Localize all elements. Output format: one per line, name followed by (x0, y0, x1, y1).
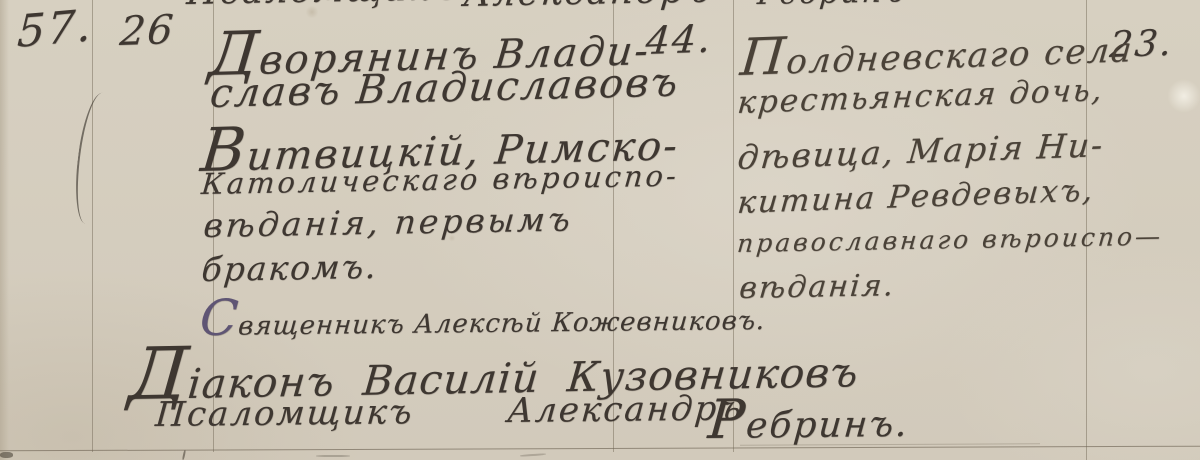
prev-entry-fragment: Псаломщикъ (185, 0, 461, 13)
prev-entry-fragment: Ребринъ (756, 0, 907, 12)
bride-description-line: вѣданія. (738, 269, 897, 305)
bride-description-line: китина Ревдевыхъ, (736, 173, 1096, 220)
record-number: 57. (16, 1, 94, 57)
column-rule (92, 0, 93, 452)
groom-description-line: вѣданія, первымъ (202, 201, 575, 244)
bride-description-line: дѣвица, Марія Ни- (736, 127, 1106, 177)
psalmist-signature: Ребринъ. (706, 388, 912, 451)
pen-flourish (70, 91, 114, 225)
stray-ink-mark (520, 453, 546, 457)
stray-ink-mark (316, 455, 350, 457)
groom-description-line: бракомъ. (200, 249, 380, 289)
register-page-scan: Псаломщикъ Александръ Ребринъ 57. 26 44.… (0, 0, 1200, 460)
row-bottom-rule (0, 446, 1200, 452)
groom-description-line: Католическаго вѣроиспо- (200, 160, 680, 201)
groom-age: 44. (644, 18, 714, 63)
stray-ink-mark (0, 452, 13, 458)
stray-ink-mark (182, 450, 186, 460)
psalmist-signature: Псаломщикъ (154, 393, 415, 434)
bride-description-line: православнаго вѣроиспо— (736, 223, 1164, 258)
marriage-day: 26 (118, 8, 177, 55)
